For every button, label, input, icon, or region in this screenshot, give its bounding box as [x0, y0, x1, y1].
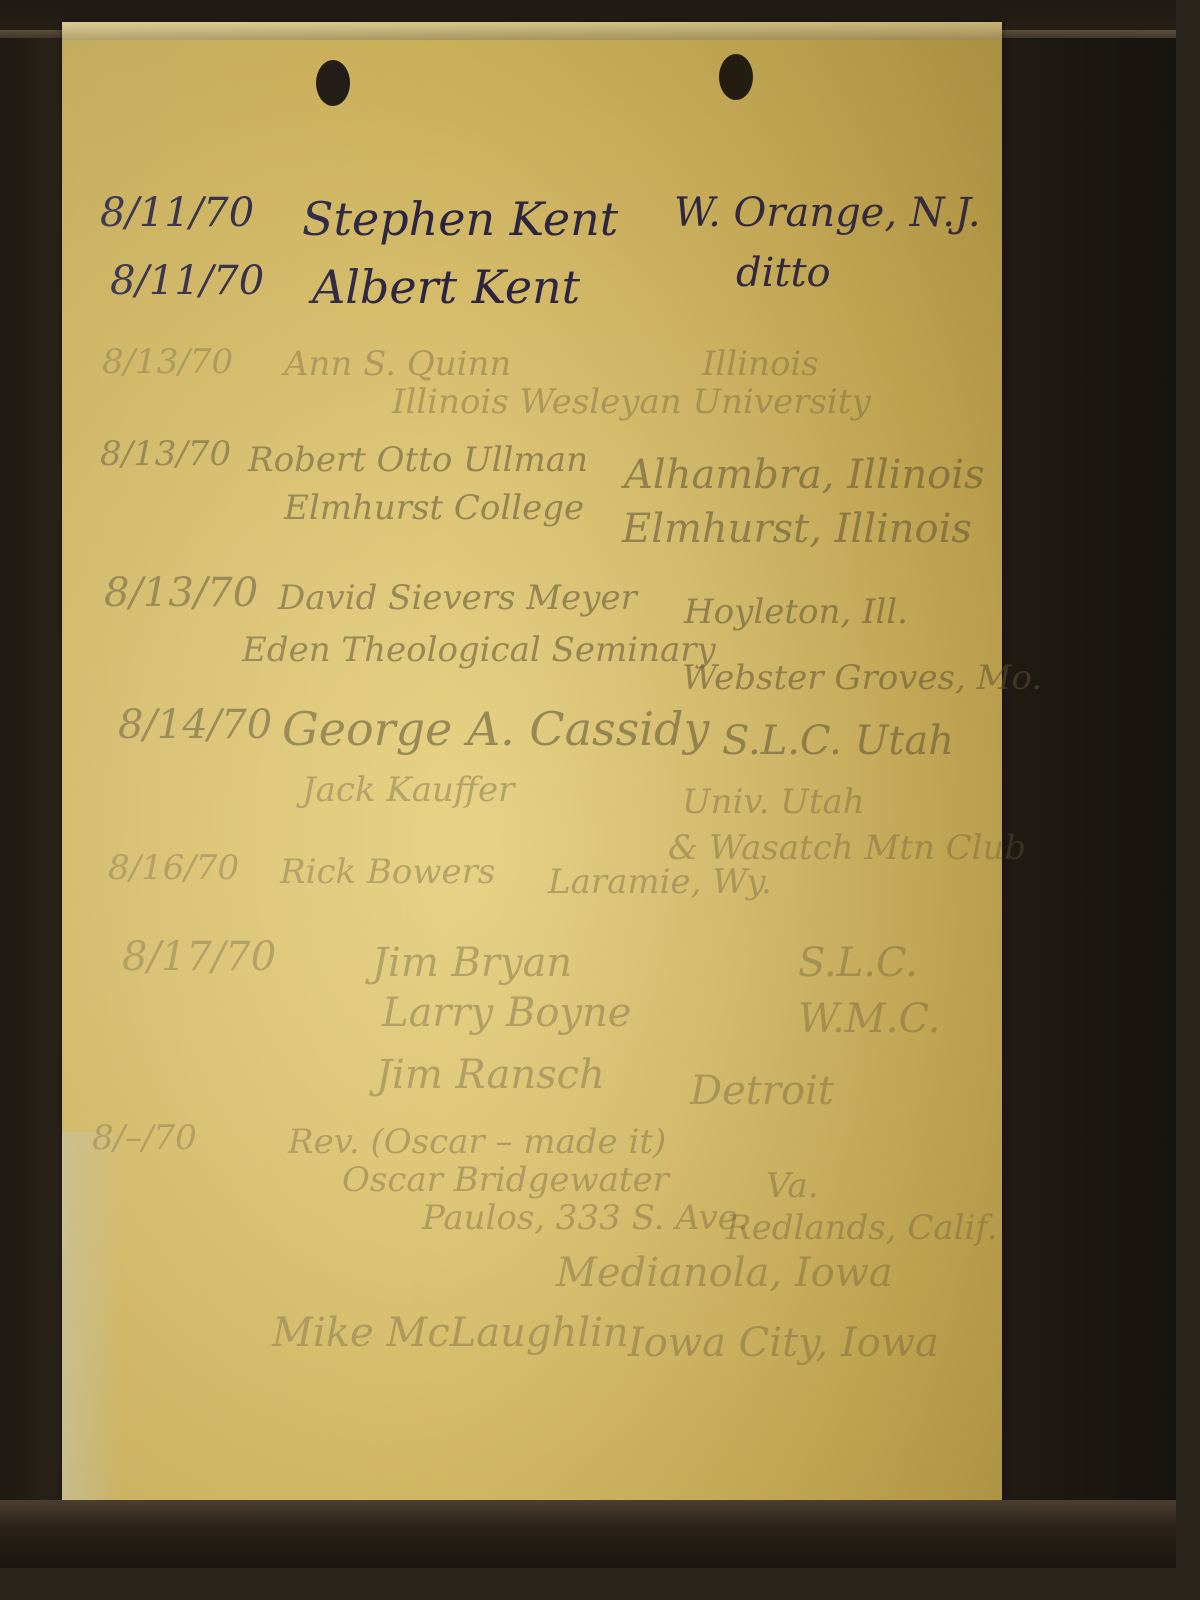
entry-location: Medianola, Iowa: [556, 1250, 893, 1296]
entry-date: 8/13/70: [102, 342, 233, 382]
entry-affiliation: Oscar Bridgewater: [342, 1160, 669, 1200]
entry-location: Iowa City, Iowa: [628, 1320, 939, 1366]
entry-location: Hoyleton, Ill.: [684, 592, 908, 632]
entry-location: Alhambra, Illinois: [624, 452, 985, 498]
entry-name: David Sievers Meyer: [278, 578, 637, 618]
entry-address: Paulos, 333 S. Ave.: [422, 1198, 749, 1238]
tape-strip: [62, 22, 1002, 40]
entry-location: Laramie, Wy.: [548, 862, 772, 902]
backdrop-right: [1000, 38, 1176, 1518]
entry-location: ditto: [736, 250, 831, 296]
entry-name: Albert Kent: [312, 260, 580, 314]
entry-date: 8/16/70: [108, 848, 239, 888]
entry-date: 8/13/70: [104, 570, 258, 616]
entry-affiliation-location: Elmhurst, Illinois: [622, 506, 972, 552]
entry-affiliation-location: Webster Groves, Mo.: [682, 658, 1042, 698]
entry-affiliation: Univ. Utah: [682, 782, 865, 822]
entry-location: W. Orange, N.J.: [674, 190, 981, 236]
entry-name: George A. Cassidy: [282, 702, 709, 756]
entry-address-location: Redlands, Calif.: [726, 1208, 998, 1248]
register-sheet: 8/11/70 Stephen Kent W. Orange, N.J. 8/1…: [62, 22, 1002, 1512]
entry-companion: Larry Boyne: [382, 990, 631, 1036]
entry-companion: Jack Kauffer: [302, 770, 514, 810]
entry-companion-location: Detroit: [690, 1068, 834, 1114]
entry-name: Rick Bowers: [280, 852, 495, 892]
entry-location: S.L.C. Utah: [722, 718, 954, 764]
entry-date: 8/14/70: [118, 702, 272, 748]
entry-affiliation: Elmhurst College: [284, 488, 584, 528]
entry-date: 8/13/70: [100, 434, 231, 474]
entry-date: 8/11/70: [110, 258, 264, 304]
punch-hole: [719, 54, 753, 100]
entry-name: Stephen Kent: [302, 192, 618, 246]
entry-name: Jim Bryan: [372, 940, 572, 986]
entry-affiliation: Eden Theological Seminary: [242, 630, 716, 670]
entry-companion: Jim Ransch: [376, 1052, 605, 1098]
mount-rail-bottom: [0, 1500, 1176, 1568]
entry-location: Illinois: [702, 344, 819, 384]
entry-affiliation-location: Va.: [766, 1166, 819, 1206]
entry-date: 8/17/70: [122, 934, 276, 980]
entry-affiliation: Illinois Wesleyan University: [392, 382, 871, 422]
entry-companion-location: W.M.C.: [798, 996, 940, 1042]
entry-date: 8/11/70: [100, 190, 254, 236]
punch-hole: [316, 60, 350, 106]
entry-location: S.L.C.: [798, 940, 918, 986]
entry-date: 8/–/70: [92, 1118, 197, 1158]
torn-edge: [62, 1132, 122, 1512]
entry-name: Ann S. Quinn: [284, 344, 511, 384]
entry-name: Robert Otto Ullman: [248, 440, 588, 480]
entry-name: Mike McLaughlin: [272, 1310, 629, 1356]
entry-name: Rev. (Oscar – made it): [288, 1122, 666, 1162]
